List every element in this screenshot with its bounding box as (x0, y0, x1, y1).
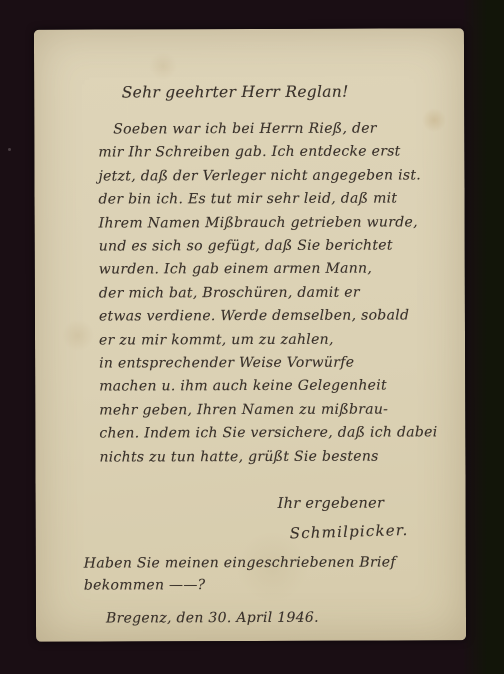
body-line: chen. Indem ich Sie versichere, daß ich … (99, 422, 437, 447)
body-line: Ihrem Namen Mißbrauch getrieben wurde, (99, 211, 437, 236)
letter-photo: Sehr geehrter Herr Reglan! Soeben war ic… (0, 0, 504, 674)
date-line: Bregenz, den 30. April 1946. (106, 610, 319, 627)
postscript-line: Haben Sie meinen eingeschriebenen Brief (84, 552, 396, 575)
body-line: jetzt, daß der Verleger nicht angegeben … (98, 164, 436, 189)
body-line: und es sich so gefügt, daß Sie berichtet (99, 234, 437, 259)
body-line: wurden. Ich gab einem armen Mann, (99, 258, 437, 283)
body-line: der mich bat, Broschüren, damit er (99, 281, 437, 306)
body-line: in entsprechender Weise Vorwürfe (99, 351, 437, 376)
letter-body: Soeben war ich bei Herrn Rieß, der mir I… (98, 117, 437, 469)
signature: Schmilpicker. (289, 521, 408, 543)
postscript-line: bekommen ——? (84, 574, 396, 597)
body-line: etwas verdiene. Werde demselben, sobald (99, 305, 437, 330)
background-speck (8, 148, 11, 151)
body-line: mir Ihr Schreiben gab. Ich entdecke erst (98, 141, 436, 166)
salutation-line: Sehr geehrter Herr Reglan! (34, 82, 436, 101)
closing-line: Ihr ergebener (278, 496, 385, 512)
letter-paper: Sehr geehrter Herr Reglan! Soeben war ic… (34, 28, 466, 641)
background-shadow-band (462, 0, 504, 674)
postscript: Haben Sie meinen eingeschriebenen Brief … (84, 552, 396, 596)
body-line: der bin ich. Es tut mir sehr leid, daß m… (98, 188, 436, 213)
body-line: er zu mir kommt, um zu zahlen, (99, 328, 437, 353)
body-line: machen u. ihm auch keine Gelegenheit (99, 375, 437, 400)
body-line: Soeben war ich bei Herrn Rieß, der (98, 117, 436, 142)
body-line: mehr geben, Ihren Namen zu mißbrau- (99, 398, 437, 423)
body-line: nichts zu tun hatte, grüßt Sie bestens (99, 445, 437, 470)
